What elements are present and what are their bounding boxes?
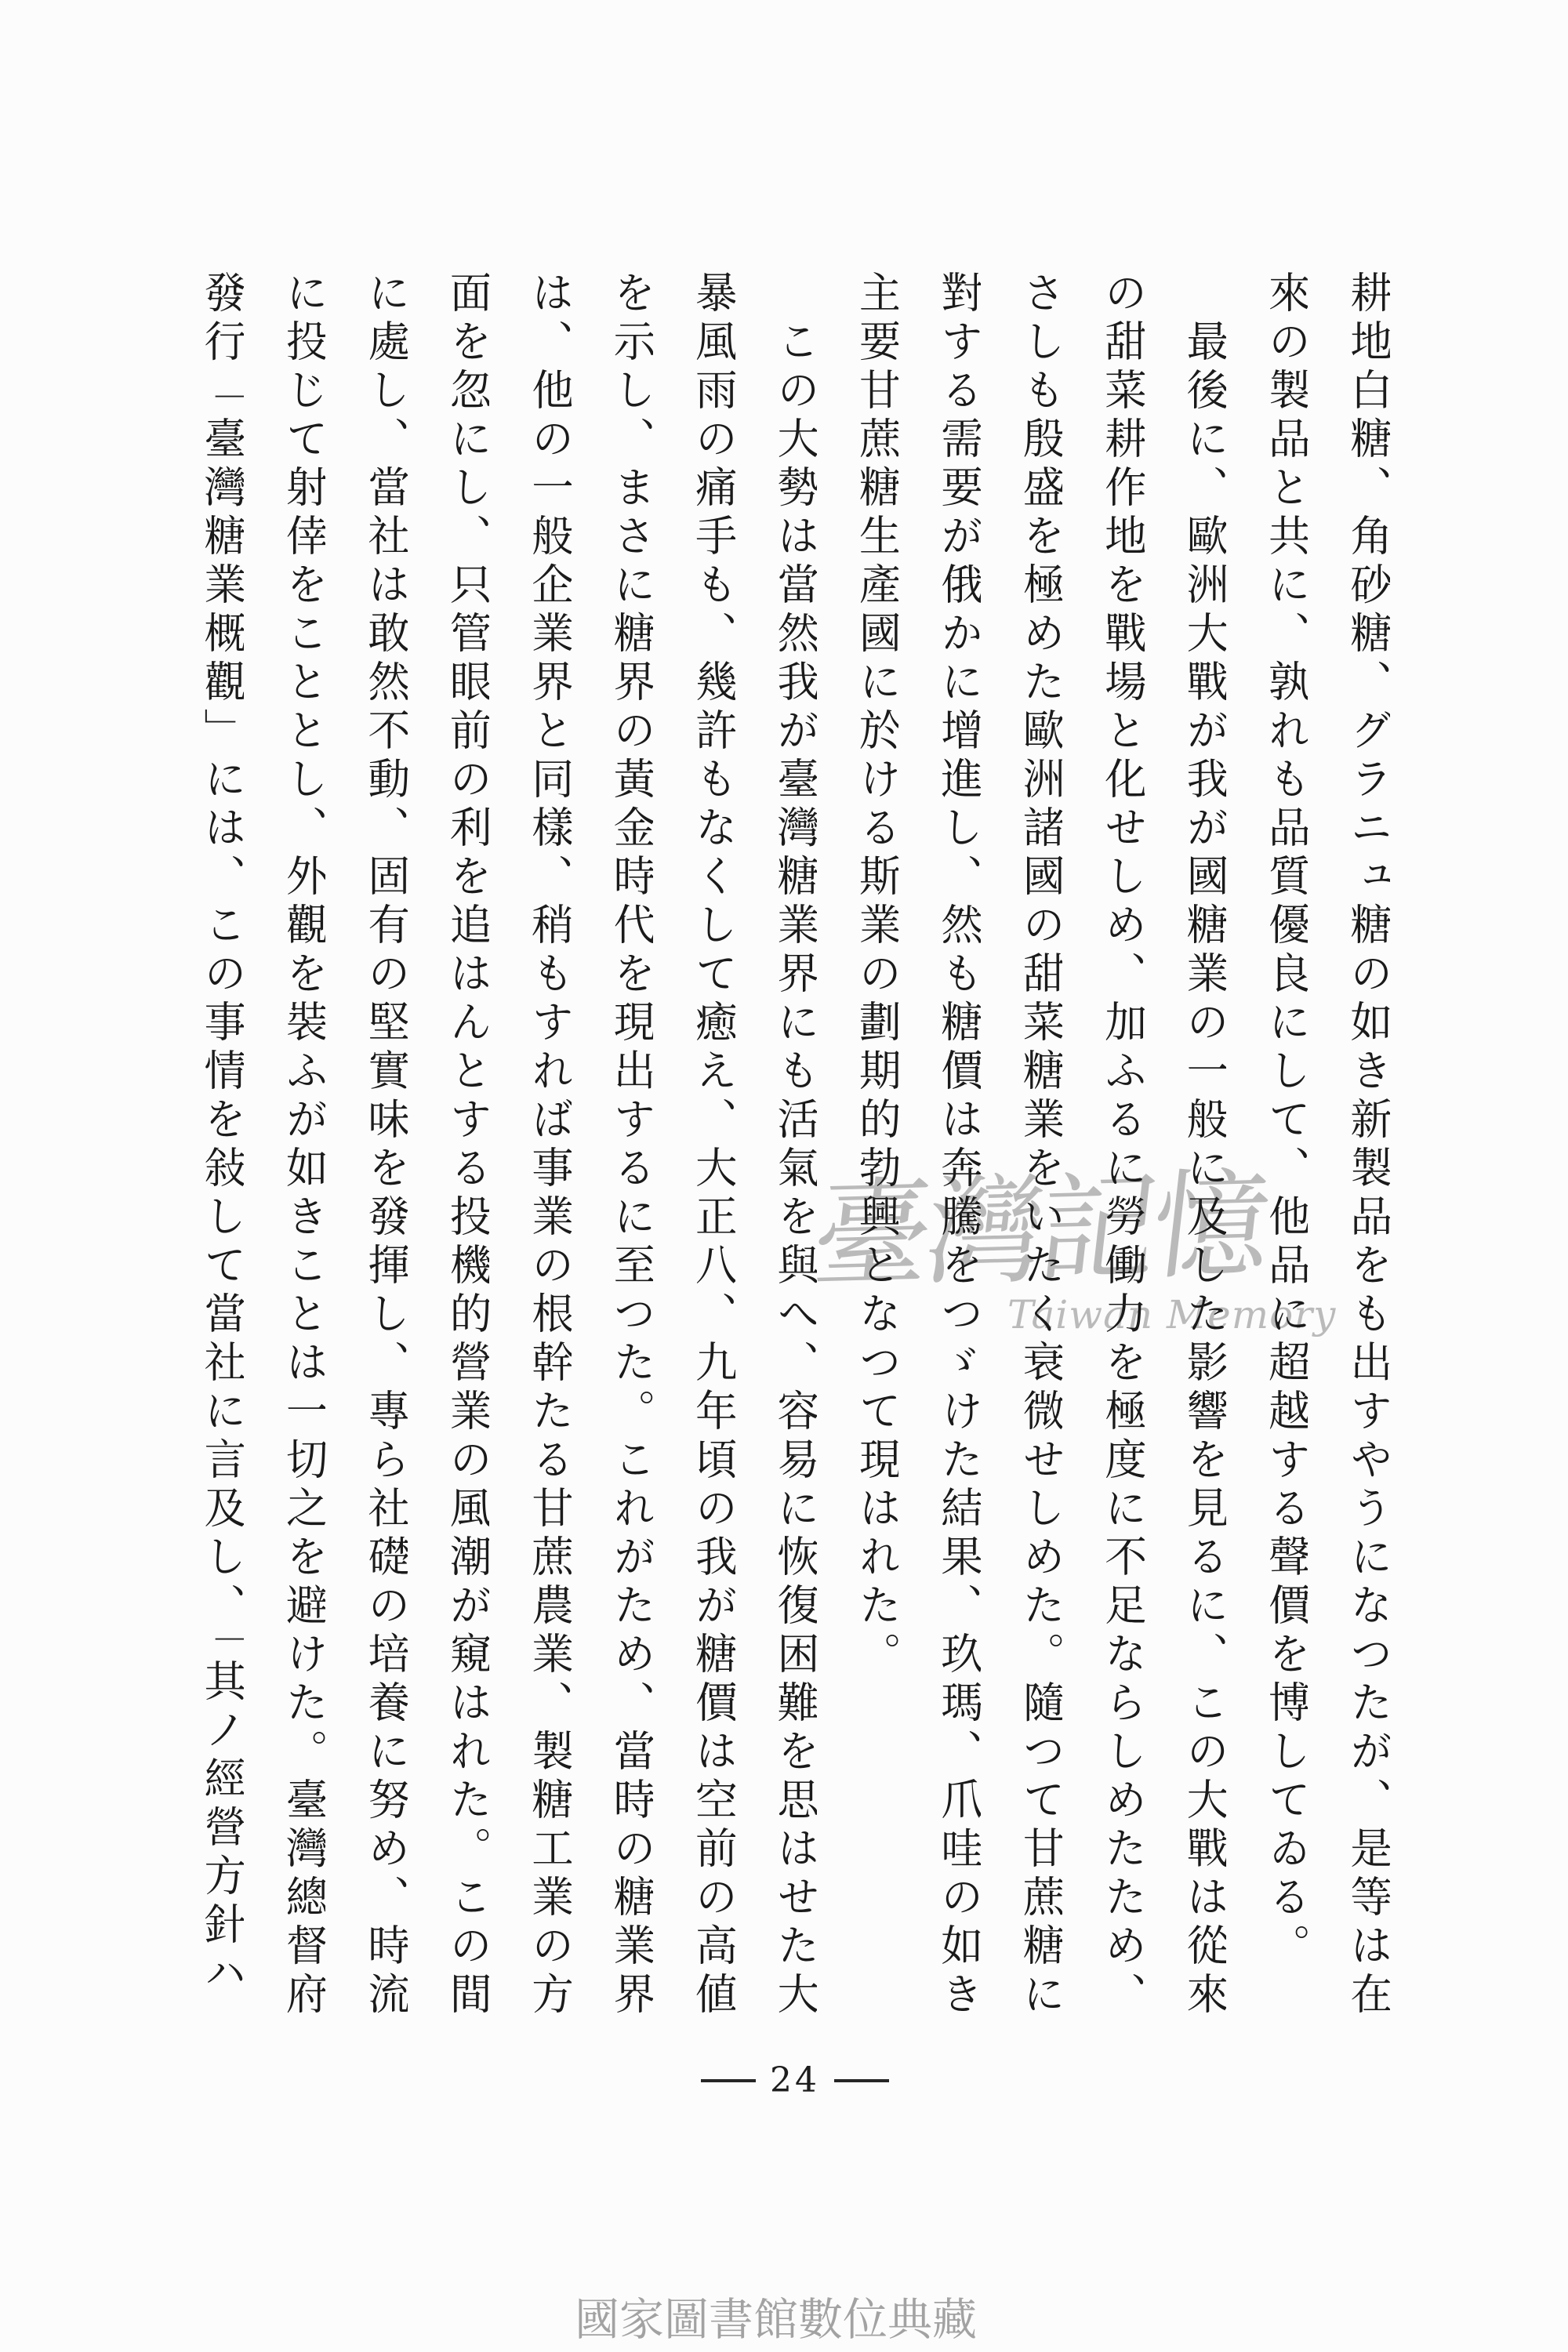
page-number: 24 [770, 2060, 820, 2100]
text-column-10: を示し、まさに糖界の黃金時代を現出するに至つた。これがため、當時の糖業界 [609, 270, 653, 2042]
text-column-2: 來の製品と共に、孰れも品質優良にして、他品に超越する聲價を博してゐる。 [1264, 270, 1308, 2042]
archive-footer-label: 國家圖書館數位典藏 [575, 2296, 977, 2345]
page-number-left-rule [701, 2079, 756, 2082]
page-number-right-rule [834, 2079, 889, 2082]
text-column-9: 暴風雨の痛手も、幾許もなくして癒え、大正八、九年頃の我が糖價は空前の高値 [691, 270, 735, 2042]
text-column-12: 面を忽にし、只管眼前の利を追はんとする投機的營業の風潮が窺はれた。この間 [445, 270, 489, 2042]
page-number-row: 24 [200, 2060, 1390, 2100]
text-column-6: 對する需要が俄かに增進し、然も糖價は奔騰をつゞけた結果、玖瑪、爪哇の如き [937, 270, 981, 2042]
text-column-1: 耕地白糖、角砂糖、グラニュ糖の如き新製品をも出すやうになつたが、是等は在 [1346, 270, 1390, 2042]
text-column-3: 最後に、歐洲大戰が我が國糖業の一般に及した影響を見るに、この大戰は從來 [1182, 270, 1226, 2042]
text-column-5: さしも殷盛を極めた歐洲諸國の甜菜糖業をいたく衰微せしめた。隨つて甘蔗糖に [1018, 270, 1062, 2042]
text-column-14: に投じて射倖をこととし、外觀を裝ふが如きことは一切之を避けた。臺灣總督府 [281, 270, 325, 2042]
scanned-page: 臺灣記憶 Taiwan Memory 耕地白糖、角砂糖、グラニュ糖の如き新製品を… [0, 0, 1568, 2352]
text-column-8: この大勢は當然我が臺灣糖業界にも活氣を與へ、容易に恢復困難を思はせた大 [773, 270, 817, 2042]
body-text-block: 耕地白糖、角砂糖、グラニュ糖の如き新製品をも出すやうになつたが、是等は在 來の製… [200, 270, 1390, 2042]
text-column-15: 發行「臺灣糖業概觀」には、この事情を敍して當社に言及し、「其ノ經營方針ハ [200, 270, 244, 2042]
text-column-13: に處し、當社は敢然不動、固有の堅實味を發揮し、專ら社礎の培養に努め、時流 [364, 270, 408, 2042]
text-column-4: の甜菜耕作地を戰場と化せしめ、加ふるに勞働力を極度に不足ならしめたため、 [1101, 270, 1145, 2042]
text-column-7: 主要甘蔗糖生產國に於ける斯業の劃期的勃興となつて現はれた。 [855, 270, 898, 2042]
text-column-11: は、他の一般企業界と同樣、稍もすれば事業の根幹たる甘蔗農業、製糖工業の方 [528, 270, 572, 2042]
